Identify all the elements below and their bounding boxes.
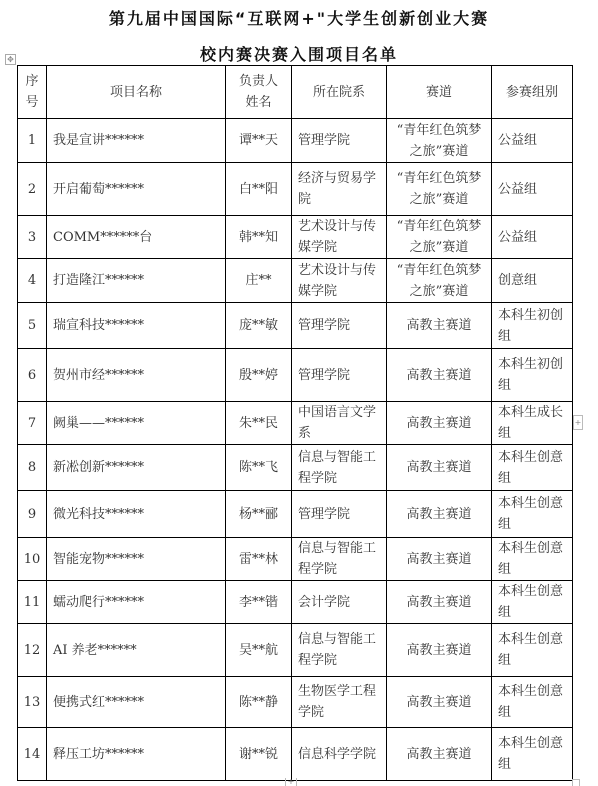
cell-group[interactable]: 本科生创意组 — [492, 581, 573, 624]
cell-leader[interactable]: 杨**郦 — [226, 491, 292, 538]
cell-group[interactable]: 本科生初创组 — [492, 349, 573, 402]
cell-track[interactable]: “青年红色筑梦之旅”赛道 — [387, 216, 492, 259]
cell-no[interactable]: 8 — [18, 445, 47, 491]
header-leader: 负责人 姓名 — [226, 66, 292, 119]
cell-leader[interactable]: 陈**静 — [226, 677, 292, 728]
table-body: 1我是宣讲******谭**天管理学院“青年红色筑梦之旅”赛道公益组2开启葡萄*… — [18, 119, 573, 781]
cell-project[interactable]: 我是宣讲****** — [47, 119, 226, 163]
cell-dept[interactable]: 生物医学工程学院 — [292, 677, 387, 728]
cell-project[interactable]: 打造隆江****** — [47, 259, 226, 303]
cell-dept[interactable]: 管理学院 — [292, 119, 387, 163]
cell-no[interactable]: 7 — [18, 402, 47, 445]
table-row: 14释压工坊******谢**锐信息科学学院高教主赛道本科生创意组 — [18, 728, 573, 781]
cell-dept[interactable]: 中国语言文学系 — [292, 402, 387, 445]
cell-project[interactable]: 释压工坊****** — [47, 728, 226, 781]
cell-dept[interactable]: 信息与智能工程学院 — [292, 538, 387, 581]
cell-no[interactable]: 9 — [18, 491, 47, 538]
header-no: 序 号 — [18, 66, 47, 119]
cell-project[interactable]: 阙巢——****** — [47, 402, 226, 445]
header-track: 赛道 — [387, 66, 492, 119]
cell-dept[interactable]: 管理学院 — [292, 349, 387, 402]
cell-project[interactable]: 智能宠物****** — [47, 538, 226, 581]
table-row: 11蠕动爬行******李**锴会计学院高教主赛道本科生创意组 — [18, 581, 573, 624]
cell-track[interactable]: 高教主赛道 — [387, 303, 492, 349]
cell-dept[interactable]: 会计学院 — [292, 581, 387, 624]
cell-track[interactable]: 高教主赛道 — [387, 581, 492, 624]
cell-project[interactable]: 蠕动爬行****** — [47, 581, 226, 624]
cell-no[interactable]: 12 — [18, 624, 47, 677]
cell-project[interactable]: 新凇创新****** — [47, 445, 226, 491]
cell-track[interactable]: 高教主赛道 — [387, 728, 492, 781]
table-row: 3COMM******台韩**知艺术设计与传媒学院“青年红色筑梦之旅”赛道公益组 — [18, 216, 573, 259]
cell-project[interactable]: AI 养老****** — [47, 624, 226, 677]
cell-group[interactable]: 本科生创意组 — [492, 624, 573, 677]
cell-dept[interactable]: 信息与智能工程学院 — [292, 445, 387, 491]
cell-leader[interactable]: 庄** — [226, 259, 292, 303]
cell-track[interactable]: 高教主赛道 — [387, 624, 492, 677]
table-row: 1我是宣讲******谭**天管理学院“青年红色筑梦之旅”赛道公益组 — [18, 119, 573, 163]
cell-no[interactable]: 11 — [18, 581, 47, 624]
table-row: 12AI 养老******吴**航信息与智能工程学院高教主赛道本科生创意组 — [18, 624, 573, 677]
table-row: 6贺州市经******殷**婷管理学院高教主赛道本科生初创组 — [18, 349, 573, 402]
table-row: 9微光科技******杨**郦管理学院高教主赛道本科生创意组 — [18, 491, 573, 538]
cell-project[interactable]: 瑞宣科技****** — [47, 303, 226, 349]
add-row-icon[interactable]: + — [285, 778, 297, 786]
cell-no[interactable]: 14 — [18, 728, 47, 781]
cell-dept[interactable]: 信息与智能工程学院 — [292, 624, 387, 677]
cell-track[interactable]: “青年红色筑梦之旅”赛道 — [387, 163, 492, 216]
cell-leader[interactable]: 白**阳 — [226, 163, 292, 216]
header-group: 参赛组别 — [492, 66, 573, 119]
table-row: 5瑞宣科技******庞**敏管理学院高教主赛道本科生初创组 — [18, 303, 573, 349]
cell-leader[interactable]: 谭**天 — [226, 119, 292, 163]
cell-group[interactable]: 本科生创意组 — [492, 728, 573, 781]
table-row: 8新凇创新******陈**飞信息与智能工程学院高教主赛道本科生创意组 — [18, 445, 573, 491]
add-column-icon[interactable]: + — [573, 415, 583, 430]
cell-track[interactable]: “青年红色筑梦之旅”赛道 — [387, 119, 492, 163]
cell-track[interactable]: 高教主赛道 — [387, 349, 492, 402]
cell-track[interactable]: 高教主赛道 — [387, 538, 492, 581]
table-row: 10智能宠物******雷**林信息与智能工程学院高教主赛道本科生创意组 — [18, 538, 573, 581]
cell-group[interactable]: 本科生创意组 — [492, 445, 573, 491]
cell-track[interactable]: “青年红色筑梦之旅”赛道 — [387, 259, 492, 303]
table-row: 4打造隆江******庄**艺术设计与传媒学院“青年红色筑梦之旅”赛道创意组 — [18, 259, 573, 303]
cell-dept[interactable]: 管理学院 — [292, 303, 387, 349]
cell-leader[interactable]: 殷**婷 — [226, 349, 292, 402]
cell-group[interactable]: 创意组 — [492, 259, 573, 303]
cell-group[interactable]: 公益组 — [492, 216, 573, 259]
cell-leader[interactable]: 韩**知 — [226, 216, 292, 259]
document-title-line2: 校内赛决赛入围项目名单 — [0, 42, 598, 65]
cell-track[interactable]: 高教主赛道 — [387, 677, 492, 728]
cell-group[interactable]: 本科生创意组 — [492, 677, 573, 728]
cell-dept[interactable]: 管理学院 — [292, 491, 387, 538]
cell-project[interactable]: COMM******台 — [47, 216, 226, 259]
table-resize-handle[interactable] — [572, 779, 580, 786]
cell-project[interactable]: 微光科技****** — [47, 491, 226, 538]
cell-leader[interactable]: 朱**民 — [226, 402, 292, 445]
cell-no[interactable]: 2 — [18, 163, 47, 216]
cell-project[interactable]: 便携式红****** — [47, 677, 226, 728]
table-row: 2开启葡萄******白**阳经济与贸易学院“青年红色筑梦之旅”赛道公益组 — [18, 163, 573, 216]
cell-group[interactable]: 本科生创意组 — [492, 491, 573, 538]
cell-group[interactable]: 公益组 — [492, 119, 573, 163]
cell-no[interactable]: 1 — [18, 119, 47, 163]
cell-no[interactable]: 13 — [18, 677, 47, 728]
cell-track[interactable]: 高教主赛道 — [387, 402, 492, 445]
cell-leader[interactable]: 谢**锐 — [226, 728, 292, 781]
table-header-row: 序 号 项目名称 负责人 姓名 所在院系 赛道 参赛组别 — [18, 66, 573, 119]
cell-group[interactable]: 本科生成长组 — [492, 402, 573, 445]
cell-leader[interactable]: 雷**林 — [226, 538, 292, 581]
cell-group[interactable]: 本科生初创组 — [492, 303, 573, 349]
table-row: 13便携式红******陈**静生物医学工程学院高教主赛道本科生创意组 — [18, 677, 573, 728]
cell-no[interactable]: 10 — [18, 538, 47, 581]
cell-track[interactable]: 高教主赛道 — [387, 445, 492, 491]
cell-dept[interactable]: 经济与贸易学院 — [292, 163, 387, 216]
table-row: 7阙巢——******朱**民中国语言文学系高教主赛道本科生成长组 — [18, 402, 573, 445]
cell-leader[interactable]: 吴**航 — [226, 624, 292, 677]
cell-group[interactable]: 公益组 — [492, 163, 573, 216]
cell-group[interactable]: 本科生创意组 — [492, 538, 573, 581]
cell-leader[interactable]: 陈**飞 — [226, 445, 292, 491]
cell-project[interactable]: 贺州市经****** — [47, 349, 226, 402]
cell-no[interactable]: 4 — [18, 259, 47, 303]
cell-no[interactable]: 6 — [18, 349, 47, 402]
cell-no[interactable]: 3 — [18, 216, 47, 259]
cell-project[interactable]: 开启葡萄****** — [47, 163, 226, 216]
cell-dept[interactable]: 艺术设计与传媒学院 — [292, 216, 387, 259]
cell-leader[interactable]: 庞**敏 — [226, 303, 292, 349]
document-title-line1: 第九届中国国际“互联网+"大学生创新创业大赛 — [0, 6, 598, 29]
cell-dept[interactable]: 艺术设计与传媒学院 — [292, 259, 387, 303]
cell-dept[interactable]: 信息科学学院 — [292, 728, 387, 781]
finalist-table: 序 号 项目名称 负责人 姓名 所在院系 赛道 参赛组别 1我是宣讲******… — [17, 65, 573, 781]
cell-track[interactable]: 高教主赛道 — [387, 491, 492, 538]
cell-leader[interactable]: 李**锴 — [226, 581, 292, 624]
cell-no[interactable]: 5 — [18, 303, 47, 349]
header-dept: 所在院系 — [292, 66, 387, 119]
header-project: 项目名称 — [47, 66, 226, 119]
